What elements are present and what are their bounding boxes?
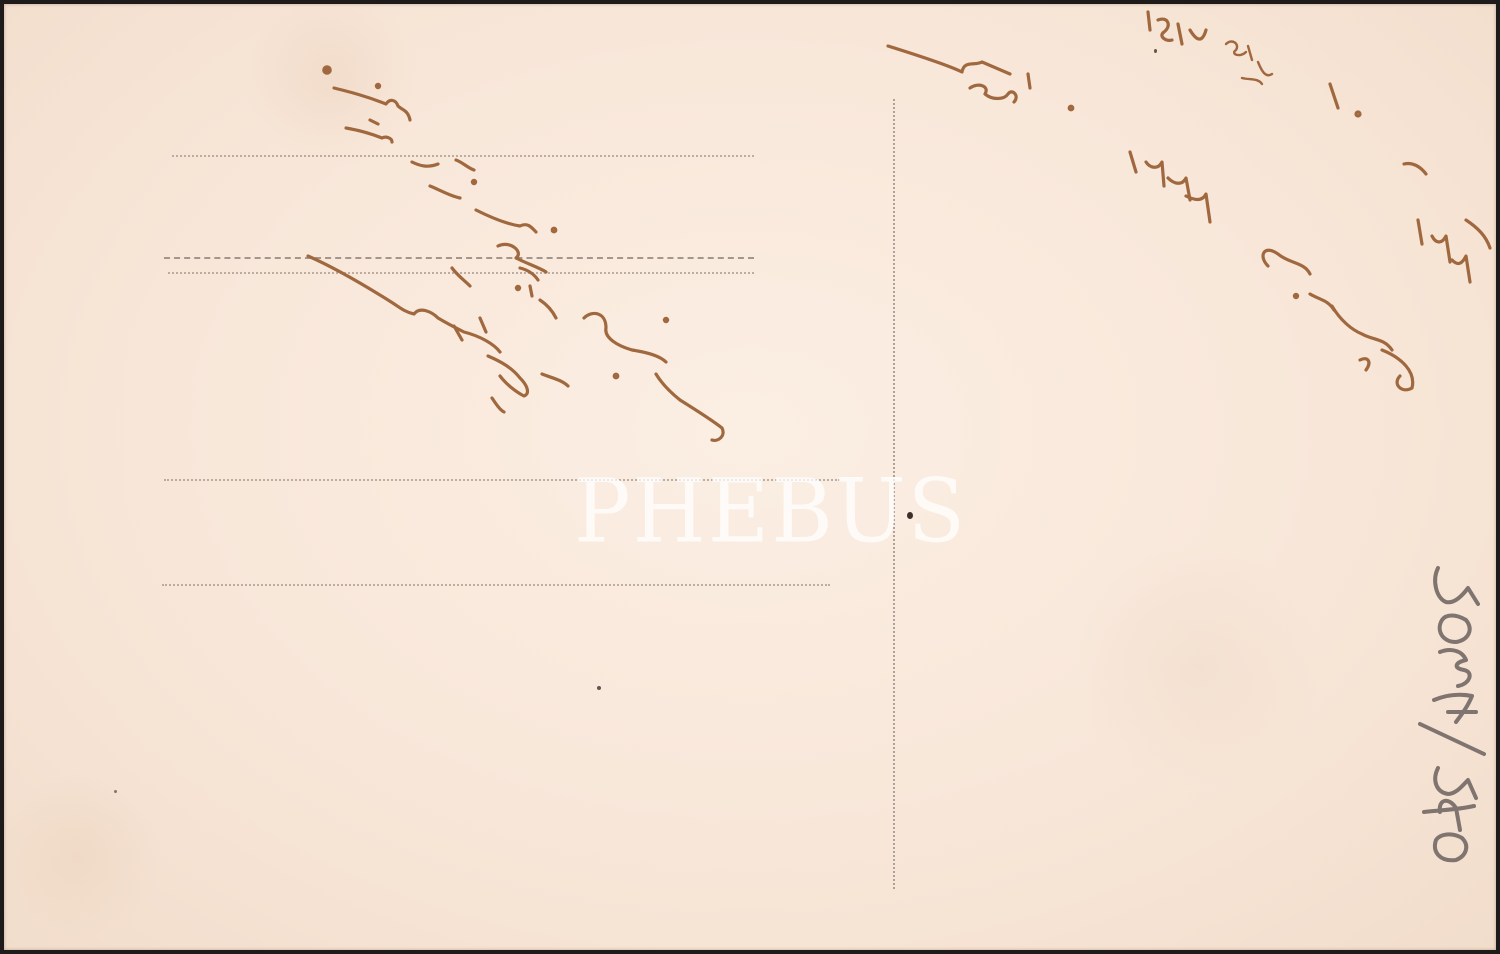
written-name (1263, 250, 1413, 390)
dirt-speck (597, 686, 601, 690)
message-line-4 (542, 313, 723, 440)
dirt-speck (114, 790, 117, 793)
signature (308, 256, 527, 412)
date-month-note (1226, 42, 1272, 84)
photo-frame: PHEBUS (0, 0, 1500, 954)
dirt-speck (1154, 49, 1157, 53)
written-location-1 (888, 46, 1073, 110)
handwriting-ink (4, 4, 1496, 950)
postcard-back: PHEBUS (4, 4, 1496, 950)
pencil-inventory-number (1420, 568, 1484, 860)
date-day (1330, 84, 1360, 116)
message-line-2 (346, 120, 556, 232)
dirt-speck (907, 512, 913, 519)
date-gregorian-year (1148, 12, 1206, 44)
date-rumi-year (1130, 152, 1210, 222)
date-hijri-year (1404, 163, 1490, 282)
message-line-1 (324, 67, 410, 120)
message-line-3 (498, 244, 556, 318)
